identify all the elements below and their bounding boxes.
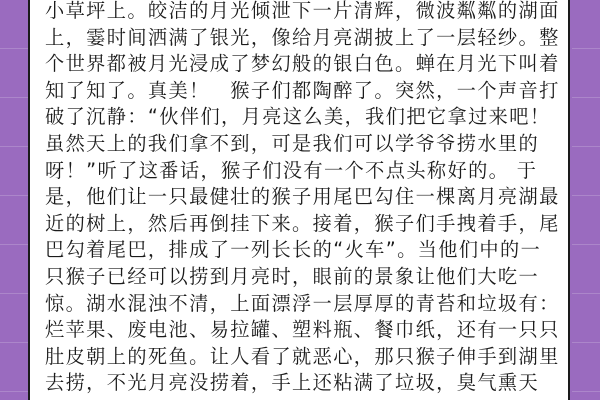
text-line: 小草坪上。皎洁的月光倾泄下一片清辉，微波粼粼的湖面	[45, 0, 555, 25]
story-text: 小草坪上。皎洁的月光倾泄下一片清辉，微波粼粼的湖面 上，霎时间洒满了银光，像给月…	[45, 0, 555, 397]
text-line: 巴勾着尾巴，排成了一列长长的“火车”。当他们中的一	[45, 237, 555, 264]
text-line: 近的树上，然后再倒挂下来。接着，猴子们手拽着手，尾	[45, 211, 555, 238]
text-line: 虽然天上的我们拿不到，可是我们可以学爷爷捞水里的	[45, 131, 555, 158]
text-line: 去捞，不光月亮没捞着，手上还粘满了垃圾，臭气熏天	[45, 370, 555, 397]
text-line: 个世界都被月光浸成了梦幻般的银白色。蝉在月光下叫着	[45, 51, 555, 78]
text-line: 破了沉静：“伙伴们，月亮这么美，我们把它拿过来吧！	[45, 104, 555, 131]
text-line: 只猴子已经可以捞到月亮时，眼前的景象让他们大吃一	[45, 264, 555, 291]
text-line: 呀！”听了这番话，猴子们没有一个不点头称好的。 于	[45, 158, 555, 185]
text-line: 知了知了。真美！ 猴子们都陶醉了。突然，一个声音打	[45, 78, 555, 105]
text-line: 惊。湖水混浊不清，上面漂浮一层厚厚的青苔和垃圾有：	[45, 291, 555, 318]
text-line: 上，霎时间洒满了银光，像给月亮湖披上了一层轻纱。整	[45, 25, 555, 52]
document-page: 小草坪上。皎洁的月光倾泄下一片清辉，微波粼粼的湖面 上，霎时间洒满了银光，像给月…	[28, 0, 570, 400]
text-line: 是，他们让一只最健壮的猴子用尾巴勾住一棵离月亮湖最	[45, 184, 555, 211]
right-purple-border	[572, 0, 600, 400]
left-purple-border	[0, 0, 28, 400]
text-line: 烂苹果、废电池、易拉罐、塑料瓶、餐巾纸，还有一只只	[45, 317, 555, 344]
text-line: 肚皮朝上的死鱼。让人看了就恶心，那只猴子伸手到湖里	[45, 344, 555, 371]
screenshot-frame: 小草坪上。皎洁的月光倾泄下一片清辉，微波粼粼的湖面 上，霎时间洒满了银光，像给月…	[0, 0, 600, 400]
